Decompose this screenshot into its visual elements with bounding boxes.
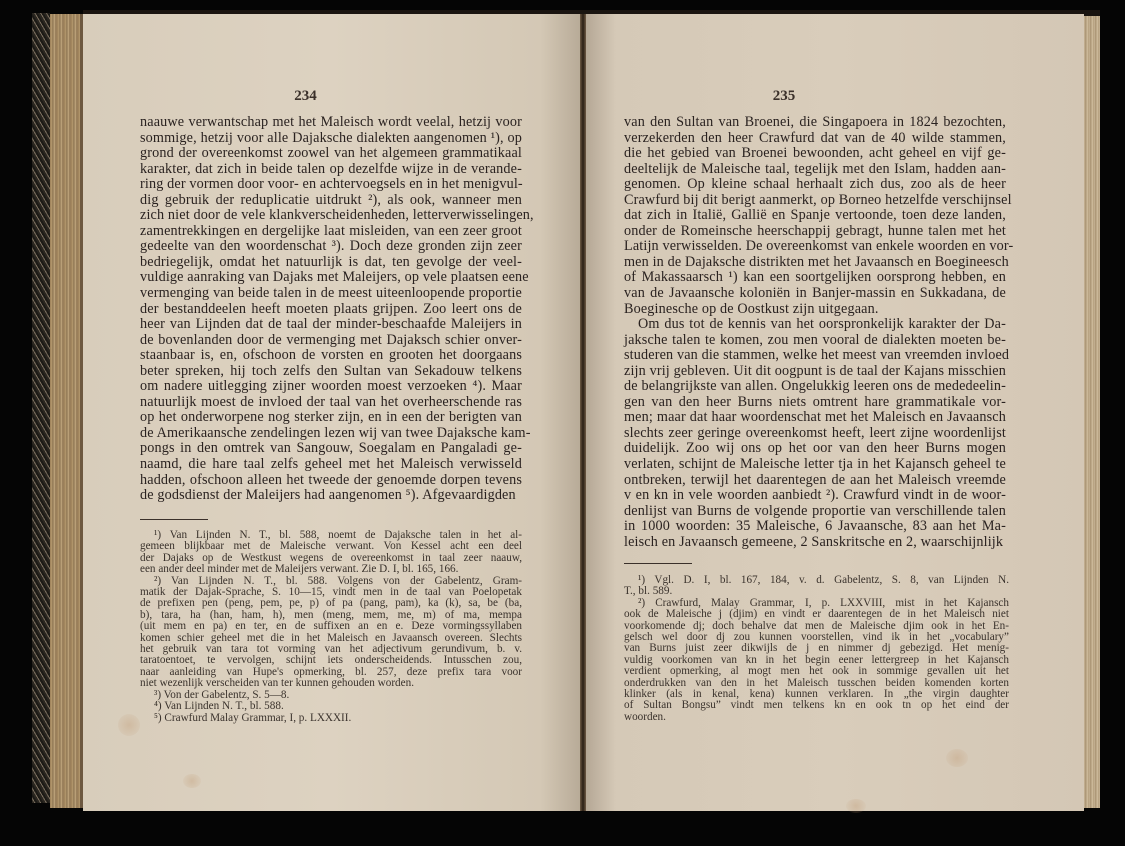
page-number: 235: [535, 88, 1033, 105]
text-line: der bestanddeelen heeft moeten plaats gr…: [140, 302, 522, 318]
text-line: dat zich in Italië, Gallië en Spanje ver…: [624, 208, 1006, 224]
text-line: zijn vrij gebleven. Uit dit oogpunt is d…: [624, 364, 1006, 380]
footnote-line: niet wezenlijk verscheiden van ter kunne…: [140, 678, 522, 689]
footnote: ¹) Van Lijnden N. T., bl. 588, noemt de …: [140, 530, 522, 576]
text-line: gedeelte van den woordenschat ³). Doch d…: [140, 239, 522, 255]
text-line: of Makassaarsch ¹) kan een soortgelijken…: [624, 270, 1006, 286]
text-line: v en kn in vele woorden aanbiedt ²). Cra…: [624, 488, 1006, 504]
book-cover-cloth-edge: [32, 13, 50, 803]
text-line: slechts zeer geringe overeenkomst heeft,…: [624, 426, 1006, 442]
text-line: verlaten, schijnt de Maleische letter tj…: [624, 457, 1006, 473]
paper-stain: [946, 749, 968, 767]
footnote-line: ¹) Vgl. D. I, bl. 167, 184, v. d. Gabele…: [624, 575, 1009, 586]
left-page-stack-edge: [50, 14, 83, 808]
text-line: karakter, dat zich in beide talen op dez…: [140, 162, 522, 178]
text-line: pongs in den omtrek van Sangouw, Soegala…: [140, 441, 522, 457]
text-line: denlijst van Burns de volgende proportie…: [624, 504, 1006, 520]
text-line: ontbreken, terwijl het daarentegen de aa…: [624, 473, 1006, 489]
left-page: 234 naauwe verwantschap met het Maleisch…: [83, 14, 580, 811]
text-line: die het gebied van Broenei bewoonden, ac…: [624, 146, 1006, 162]
text-line: ring der vormen door voor- en achtervoeg…: [140, 177, 522, 193]
footnote-line: (uit mem en pa) en ter, en de suffixen a…: [140, 621, 522, 632]
text-line: genomen. Op kleine schaal herhaalt zich …: [624, 177, 1006, 193]
text-line: om nadere uitlegging zijner woorden moes…: [140, 379, 522, 395]
text-line: deeltelijk de Maleische taal, tegelijk m…: [624, 162, 1006, 178]
left-page-footnotes: ¹) Van Lijnden N. T., bl. 588, noemt de …: [140, 530, 522, 724]
text-line: beter spreken, hij toch zelfs den Sultan…: [140, 364, 522, 380]
text-line: de bovenlanden door de vermenging met Da…: [140, 333, 522, 349]
left-page-body-text: naauwe verwantschap met het Maleisch wor…: [140, 115, 522, 504]
text-line: Om dus tot de kennis van het oorspronkel…: [624, 317, 1006, 333]
text-line: onder de Romeinsche heerschappij gebragt…: [624, 224, 1006, 240]
right-page-body-text: van den Sultan van Broenei, die Singapoe…: [624, 115, 1006, 550]
open-book: 234 naauwe verwantschap met het Maleisch…: [0, 0, 1125, 846]
text-line: de belangrijkste van allen. Ongelukkig l…: [624, 379, 1006, 395]
footnote: ²) Van Lijnden N. T., bl. 588. Volgens v…: [140, 576, 522, 690]
text-line: naamd, die hare taal zelfs geheel met he…: [140, 457, 522, 473]
text-line: van den Sultan van Broenei, die Singapoe…: [624, 115, 1006, 131]
right-page-stack-edge: [1084, 16, 1100, 808]
paper-stain: [118, 714, 140, 736]
text-line: hadden, ofschoon alleen het tweede der g…: [140, 473, 522, 489]
paper-stain: [846, 799, 866, 813]
text-line: men in de Dajaksche distrikten met het J…: [624, 255, 1006, 271]
footnote-divider: [624, 563, 692, 564]
footnote-line: een ander deel minder met de Maleijers v…: [140, 564, 522, 575]
text-line: naauwe verwantschap met het Maleisch wor…: [140, 115, 522, 131]
text-line: sommige, hetzij voor alle Dajaksche dial…: [140, 131, 522, 147]
footnote: ¹) Vgl. D. I, bl. 167, 184, v. d. Gabele…: [624, 575, 1009, 598]
text-line: vermenging van beide talen in de meest u…: [140, 286, 522, 302]
footnote-divider: [140, 519, 208, 520]
paper-stain: [183, 774, 201, 788]
text-line: bedriegelijk, omdat het natuurlijk is da…: [140, 255, 522, 271]
text-line: natuurlijk moest de invloed der taal van…: [140, 395, 522, 411]
footnote-line: woorden.: [624, 712, 1009, 723]
text-line: van de Javaansche koloniën in Banjer-mas…: [624, 286, 1006, 302]
text-line: verzekerden den heer Crawfurd dat van de…: [624, 131, 1006, 147]
text-line: heer van Lijnden dat de taal der minder-…: [140, 317, 522, 333]
text-line: vuldige aanraking van Dajaks met Maleije…: [140, 270, 522, 286]
footnote-line: of Sultan Bongsu” vindt men telkens kn e…: [624, 700, 1009, 711]
text-line: Boeginesche op de Oostkust zijn uitgegaa…: [624, 302, 1006, 318]
text-line: duidelijk. Zoo wij ons op het oor van de…: [624, 441, 1006, 457]
footnote-line: ⁴) Van Lijnden N. T., bl. 588.: [140, 701, 522, 712]
text-line: jaksche talen te komen, zou men vooral d…: [624, 333, 1006, 349]
text-line: de Amerikaansche zendelingen lezen wij v…: [140, 426, 522, 442]
text-line: gen van den heer Burns niets omtrent har…: [624, 395, 1006, 411]
text-line: studeren van die stammen, welke het mees…: [624, 348, 1006, 364]
footnote: ²) Crawfurd, Malay Grammar, I, p. LXXVII…: [624, 598, 1009, 723]
text-line: in 1000 woorden: 35 Maleische, 6 Javaans…: [624, 519, 1006, 535]
footnote-line: ook de Maleische j (djim) en vindt er da…: [624, 609, 1009, 620]
text-line: de godsdienst der Maleijers had aangenom…: [140, 488, 522, 504]
page-number: 234: [57, 88, 554, 105]
right-page: 235 van den Sultan van Broenei, die Sing…: [586, 14, 1084, 811]
footnote: ⁵) Crawfurd Malay Grammar, I, p. LXXXII.: [140, 713, 522, 724]
text-line: Crawfurd bij dit berigt aanmerkt, op Bor…: [624, 193, 1006, 209]
footnote-line: ⁵) Crawfurd Malay Grammar, I, p. LXXXII.: [140, 713, 522, 724]
text-line: zamentrekkingen en dergelijke laat misle…: [140, 224, 522, 240]
footnote: ⁴) Van Lijnden N. T., bl. 588.: [140, 701, 522, 712]
right-page-footnotes: ¹) Vgl. D. I, bl. 167, 184, v. d. Gabele…: [624, 575, 1009, 723]
text-line: Latijn verwisselden. De overeenkomst van…: [624, 239, 1006, 255]
text-line: op het onderworpene nog sterker zijn, en…: [140, 410, 522, 426]
text-line: men; maar dat haar woordenschat met het …: [624, 410, 1006, 426]
text-line: staanbaar is, en, ofschoon de vorsten en…: [140, 348, 522, 364]
text-line: grond der overeenkomst zoowel van het al…: [140, 146, 522, 162]
text-line: leisch en Javaansch gemeene, 2 Sanskrits…: [624, 535, 1006, 551]
footnote-line: verdient opmerking, al mogt men het ook …: [624, 666, 1009, 677]
text-line: zich niet door de vele klankverscheidenh…: [140, 208, 522, 224]
text-line: dig gebruik der reduplicatie uitdrukt ²)…: [140, 193, 522, 209]
